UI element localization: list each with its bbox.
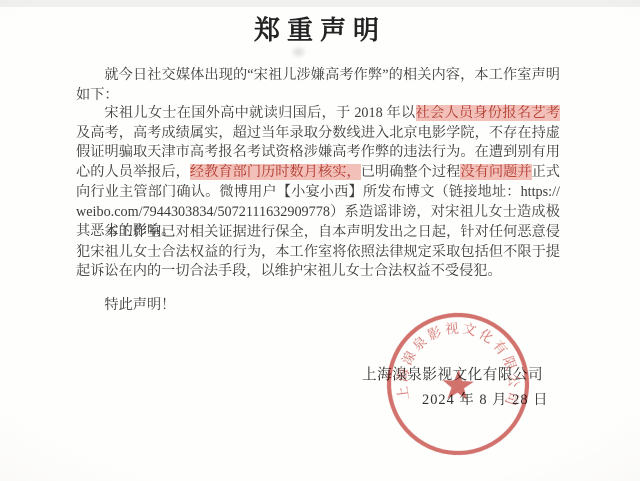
body-text: 本工作室已对相关证据进行保全，自本声明发出之日起，针对任何恶意侵犯宋祖儿女士合法… <box>76 224 560 279</box>
statement-paragraph-intro: 就今日社交媒体出现的“宋祖儿涉嫌高考作弊”的相关内容，本工作室声明如下： <box>76 66 560 105</box>
seal-star-icon <box>442 369 475 400</box>
highlighted-text: 没有问题并 <box>460 164 531 180</box>
body-text: 就今日社交媒体出现的“宋祖儿涉嫌高考作弊”的相关内容，本工作室声明如下： <box>76 67 560 103</box>
statement-paragraph-facts: 宋祖儿女士在国外高中就读归国后，于 2018 年以社会人员身份报名艺考及高考，高… <box>76 104 560 242</box>
scan-smudge <box>293 48 304 56</box>
document-page: 郑重声明 就今日社交媒体出现的“宋祖儿涉嫌高考作弊”的相关内容，本工作室声明如下… <box>0 0 640 481</box>
highlighted-text: 社会人员身份报名艺考 <box>416 105 560 121</box>
body-text: 宋祖儿女士在国外高中就读归国后，于 2018 年以 <box>104 105 415 121</box>
body-text: 特此声明！ <box>104 297 175 313</box>
highlighted-text: 经教育部门历时数月核实， <box>190 164 361 180</box>
official-seal-stamp: 上海湶泉影视文化有限公司 <box>380 306 536 462</box>
body-text: 已明确整个过程 <box>361 164 461 180</box>
photo-edge-shadow <box>0 0 640 7</box>
statement-title: 郑重声明 <box>0 10 640 47</box>
statement-paragraph-legal: 本工作室已对相关证据进行保全，自本声明发出之日起，针对任何恶意侵犯宋祖儿女士合法… <box>76 223 560 282</box>
